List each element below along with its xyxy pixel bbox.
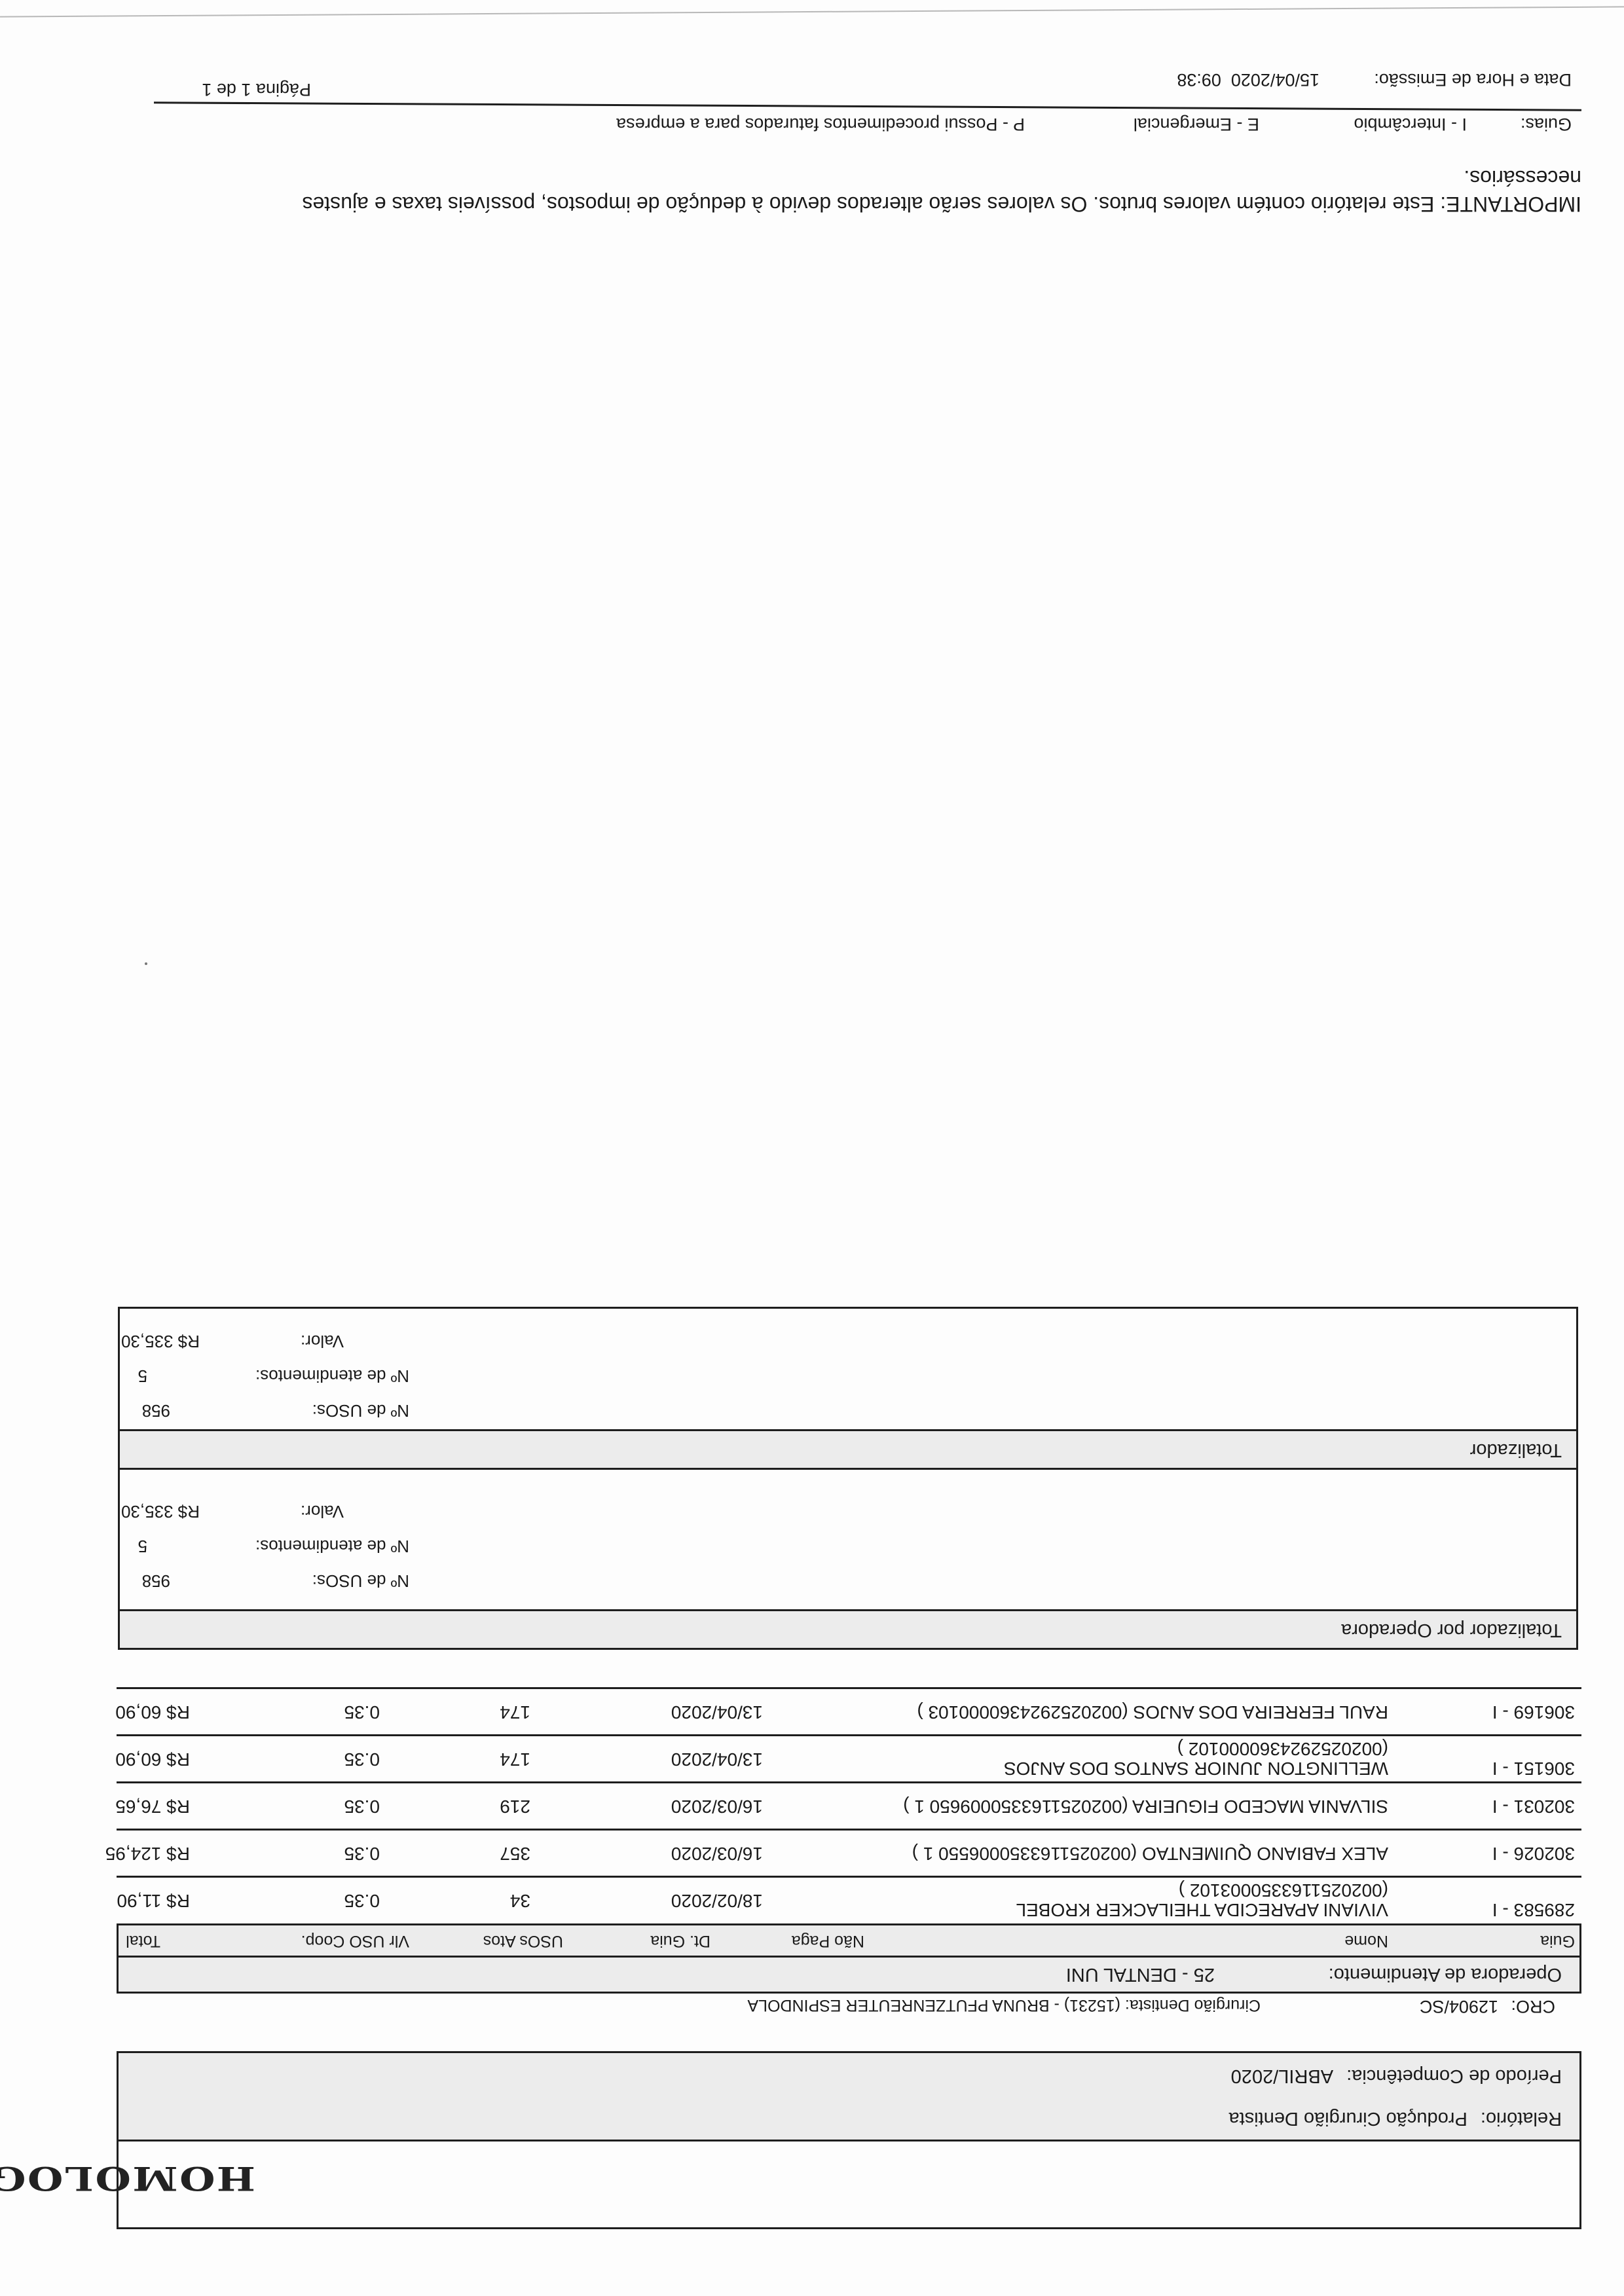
legend-intercambio: I - Intercâmbio [1354,114,1467,134]
col-total: Total [126,1931,160,1950]
relatorio-label: Relatório: [1481,2108,1562,2129]
tot-usos-label: Nº de USOs: [312,1400,409,1421]
row-divider [117,1781,1581,1783]
periodo-value: ABRIL/2020 [1231,2066,1333,2086]
row-divider [117,1876,1581,1878]
cell-nome: WELLINGTON JUNIOR SANTOS DOS ANJOS(00202… [1004,1739,1388,1778]
tot-op-valor-label: Valor: [301,1501,344,1522]
tot-valor-value: R$ 335,30 [121,1331,200,1351]
tot-op-usos-value: 958 [142,1571,170,1591]
cell-vlr-uso: 0.35 [344,1702,380,1722]
row-divider [117,1829,1581,1831]
emissao-label: Data e Hora de Emissão: [1374,69,1572,90]
operadora-value: 25 - DENTAL UNI [1066,1963,1215,1985]
cell-dt-guia: 13/04/2020 [671,1702,763,1722]
cro-value: 12904/SC [1420,1997,1498,2016]
tot-op-usos-label: Nº de USOs: [312,1571,409,1591]
cell-total: R$ 60,90 [115,1749,190,1769]
cell-guia: 306169 - I [1492,1702,1575,1722]
cell-total: R$ 11,90 [117,1891,190,1910]
cell-vlr-uso: 0.35 [344,1749,380,1769]
cell-guia: 289583 - I [1492,1900,1575,1920]
tot-op-valor-value: R$ 335,30 [121,1501,200,1522]
row-divider [117,1687,1581,1689]
nome-line-1: ALEX FABIANO QUIMENTAO (0020251163350006… [912,1844,1388,1863]
cell-dt-guia: 16/03/2020 [671,1796,763,1816]
operadora-label: Operadora de Atendimento: [1329,1964,1562,1985]
importante-note: IMPORTANTE: Este relatório contém valore… [101,165,1581,217]
nome-line-1: SILVANIA MACEDO FIGUEIRA (00202511633500… [903,1796,1388,1816]
tot-usos-value: 958 [142,1400,170,1421]
tot-atend-label: Nº de atendimentos: [255,1366,409,1386]
col-vlr-uso: Vlr USO Coop. [301,1931,409,1950]
importante-line-1: IMPORTANTE: Este relatório contém valore… [101,191,1581,217]
row-divider [117,1734,1581,1736]
header-divider [117,2140,1581,2141]
tot-op-atend-label: Nº de atendimentos: [255,1536,409,1556]
importante-line-2: necessários. [101,165,1581,191]
cro-label: CRO: [1511,1997,1556,2016]
periodo-line: Período de Competência: ABRIL/2020 [1231,2065,1562,2086]
cell-nome: ALEX FABIANO QUIMENTAO (0020251163350006… [912,1844,1388,1863]
cell-nome: SILVANIA MACEDO FIGUEIRA (00202511633500… [903,1796,1388,1816]
report-page: HOMOLOG Relatório: Produção Cirurgião De… [0,0,1624,2296]
totalizador-operadora-title: Totalizador por Operadora [1341,1619,1562,1641]
cro-line: CRO: 12904/SC [1420,1996,1555,2016]
brand-logo: HOMOLOG [0,2159,255,2198]
nome-line-1: VIVIANI APARECIDA THEILACKER KROBEL [1016,1900,1389,1920]
cell-usos: 357 [500,1844,530,1863]
relatorio-line: Relatório: Produção Cirurgião Dentista [1229,2107,1562,2129]
cell-nome: RAUL FERREIRA DOS ANJOS (002025292436000… [917,1702,1388,1722]
relatorio-value: Produção Cirurgião Dentista [1229,2108,1467,2129]
nome-line-1: RAUL FERREIRA DOS ANJOS (002025292436000… [917,1702,1388,1722]
tot-valor-label: Valor: [301,1331,344,1351]
cell-guia: 306151 - I [1492,1758,1575,1778]
cell-guia: 302026 - I [1492,1844,1575,1863]
col-nome: Nome [1344,1931,1388,1950]
nome-line-2: (0020252924360000102 ) [1004,1739,1388,1758]
operadora-line: Operadora de Atendimento: [1329,1963,1562,1985]
nome-line-1: WELLINGTON JUNIOR SANTOS DOS ANJOS [1004,1758,1388,1778]
legend-emergencial: E - Emergencial [1134,114,1259,134]
cell-total: R$ 60,90 [115,1702,190,1722]
cell-vlr-uso: 0.35 [344,1891,380,1910]
cell-guia: 302031 - I [1492,1796,1575,1816]
cell-vlr-uso: 0.35 [344,1796,380,1816]
totalizador-header [118,1429,1578,1470]
emissao-value: 15/04/2020 09:38 [1177,69,1319,90]
page-number: Página 1 de 1 [202,79,311,100]
tot-op-atend-value: 5 [138,1536,147,1556]
footer-divider [154,101,1581,111]
totalizador-title: Totalizador [1470,1439,1562,1461]
cell-vlr-uso: 0.35 [344,1844,380,1863]
guias-label: Guias: [1521,114,1572,134]
col-nao-paga: Não Paga [792,1931,864,1950]
col-guia: Guia [1540,1931,1575,1950]
cell-nome: VIVIANI APARECIDA THEILACKER KROBEL(0020… [1016,1880,1389,1920]
dentista-line: Cirurgião Dentista: (15231) - BRUNA PFUT… [747,1995,1261,2014]
dentista-label: Cirurgião Dentista: [1125,1996,1261,2014]
nome-line-2: (0020251163350003102 ) [1016,1880,1389,1900]
col-dt-guia: Dt. Guia [650,1931,710,1950]
cell-total: R$ 124,95 [105,1844,190,1863]
cell-usos: 219 [500,1796,530,1816]
scan-edge-line [0,6,1624,17]
cell-usos: 34 [510,1891,530,1910]
cell-dt-guia: 16/03/2020 [671,1844,763,1863]
cell-dt-guia: 13/04/2020 [671,1749,763,1769]
tot-atend-value: 5 [138,1366,147,1386]
periodo-label: Período de Competência: [1346,2066,1562,2086]
cell-usos: 174 [500,1749,530,1769]
dentista-value: (15231) - BRUNA PFUTZENREUTER ESPINDOLA [747,1996,1120,2014]
cell-dt-guia: 18/02/2020 [671,1891,763,1910]
legend-empresa: P - Possui procedimentos faturados para … [616,114,1025,134]
cell-usos: 174 [500,1702,530,1722]
scan-dot [145,962,147,965]
col-usos-atos: USOs Atos [483,1931,563,1950]
cell-total: R$ 76,65 [115,1796,190,1816]
